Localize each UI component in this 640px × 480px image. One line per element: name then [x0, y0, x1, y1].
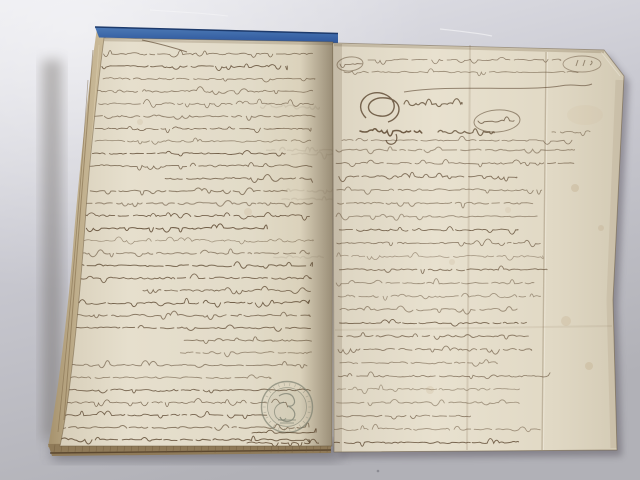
- foxing-spot: [137, 119, 143, 125]
- foxing-spot: [244, 208, 252, 216]
- gutter-shadow: [300, 40, 333, 448]
- foxing-spot: [585, 362, 593, 370]
- surface-fleck: [377, 470, 380, 473]
- stain: [567, 105, 603, 125]
- deed-paper: [333, 43, 624, 452]
- foxing-spot: [449, 259, 455, 265]
- foxing-spot: [561, 316, 571, 326]
- foxing-spot: [598, 225, 604, 231]
- loose-deed-sheet: [333, 43, 629, 458]
- sheet-left-shading: [334, 44, 342, 452]
- foxing-spot: [571, 184, 579, 192]
- foxing-spot: [426, 386, 434, 394]
- manuscript-photograph: [0, 0, 640, 480]
- foxing-spot: [505, 207, 511, 213]
- photo-canvas: [0, 0, 640, 480]
